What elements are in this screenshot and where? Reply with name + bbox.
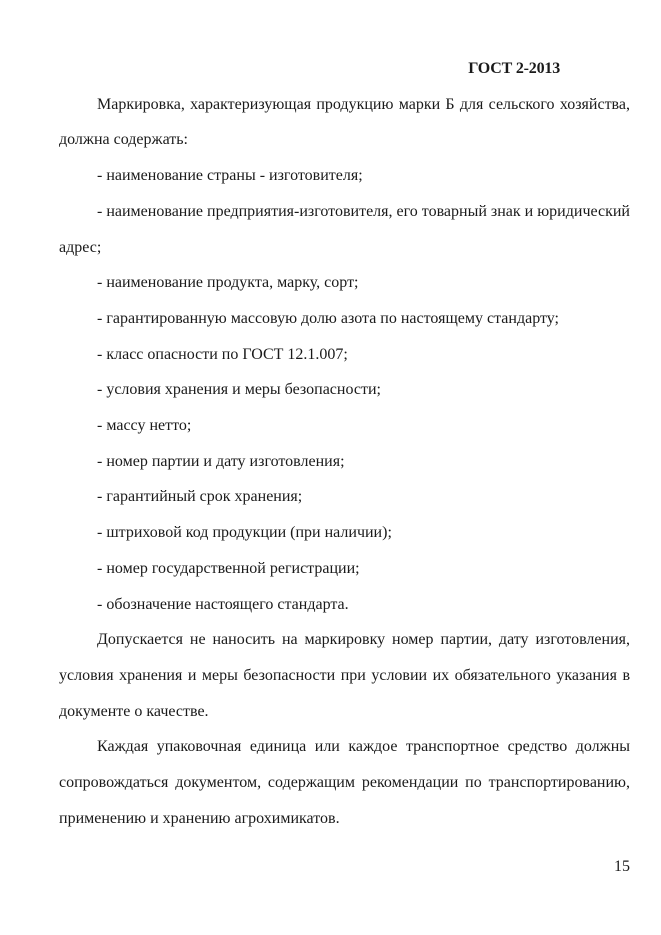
list-item-hazard-class: - класс опасности по ГОСТ 12.1.007;	[59, 337, 630, 373]
list-item-manufacturer: - наименование предприятия-изготовителя,…	[59, 194, 630, 230]
paragraph-allowance-line: Допускается не наносить на маркировку но…	[59, 622, 630, 658]
list-item-barcode: - штриховой код продукции (при наличии);	[59, 515, 630, 551]
list-item-state-registration: - номер государственной регистрации;	[59, 551, 630, 587]
paragraph-packaging-line: сопровождаться документом, содержащим ре…	[59, 765, 630, 801]
paragraph-allowance-line: документе о качестве.	[59, 694, 630, 730]
list-item-nitrogen-share: - гарантированную массовую долю азота по…	[59, 301, 630, 337]
paragraph-packaging-line: применению и хранению агрохимикатов.	[59, 801, 630, 837]
gost-standard-number: ГОСТ 2-2013	[59, 51, 630, 87]
list-item-warranty-period: - гарантийный срок хранения;	[59, 479, 630, 515]
list-item-batch-number: - номер партии и дату изготовления;	[59, 444, 630, 480]
list-item-country: - наименование страны - изготовителя;	[59, 158, 630, 194]
paragraph-allowance-line: условия хранения и меры безопасности при…	[59, 658, 630, 694]
list-item-net-mass: - массу нетто;	[59, 408, 630, 444]
paragraph-intro-line: Маркировка, характеризующая продукцию ма…	[59, 87, 630, 123]
paragraph-packaging-line: Каждая упаковочная единица или каждое тр…	[59, 729, 630, 765]
list-item-product-name: - наименование продукта, марку, сорт;	[59, 265, 630, 301]
list-item-storage-conditions: - условия хранения и меры безопасности;	[59, 372, 630, 408]
list-item-manufacturer-continuation: адрес;	[59, 230, 630, 266]
paragraph-intro-line: должна содержать:	[59, 122, 630, 158]
page-number: 15	[614, 857, 630, 877]
list-item-standard-designation: - обозначение настоящего стандарта.	[59, 587, 630, 623]
document-text-block: ГОСТ 2-2013 Маркировка, характеризующая …	[59, 51, 630, 836]
document-page: ГОСТ 2-2013 Маркировка, характеризующая …	[0, 0, 661, 935]
